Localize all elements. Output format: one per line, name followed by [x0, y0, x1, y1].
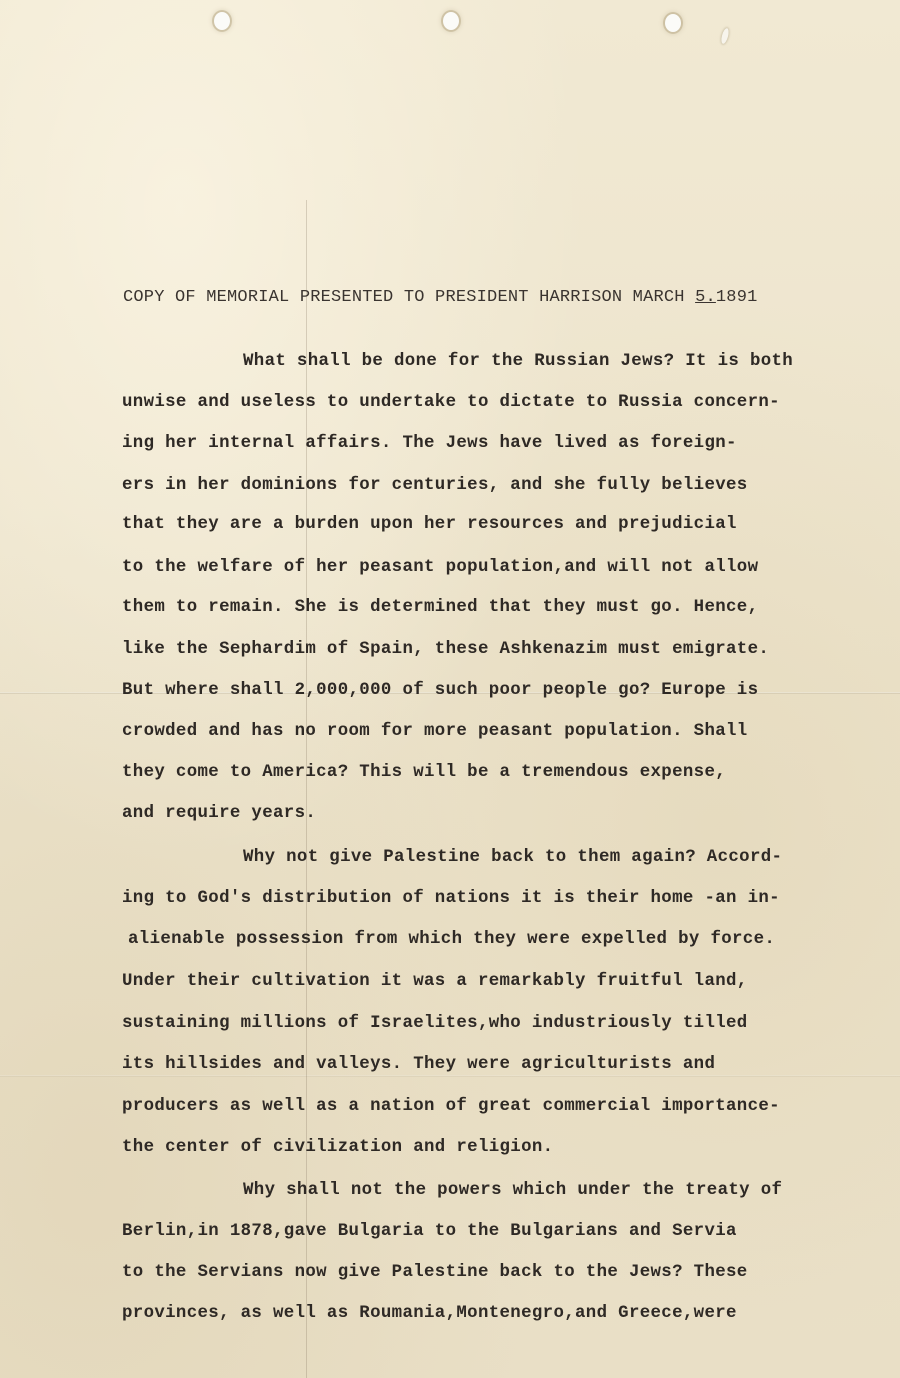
- paper-fold-line: [0, 1075, 900, 1077]
- text-line: unwise and useless to undertake to dicta…: [122, 393, 780, 412]
- text-line: the center of civilization and religion.: [122, 1138, 553, 1157]
- document-title: COPY OF MEMORIAL PRESENTED TO PRESIDENT …: [123, 288, 758, 307]
- punch-hole: [443, 12, 459, 30]
- text-line: that they are a burden upon her resource…: [122, 515, 737, 534]
- text-line: What shall be done for the Russian Jews?…: [243, 352, 793, 371]
- text-line: and require years.: [122, 804, 316, 823]
- text-line: Why shall not the powers which under the…: [243, 1181, 782, 1200]
- text-line: ing her internal affairs. The Jews have …: [122, 434, 737, 453]
- text-line: Berlin,in 1878,gave Bulgaria to the Bulg…: [122, 1222, 737, 1241]
- text-line: to the Servians now give Palestine back …: [122, 1263, 748, 1282]
- punch-hole: [665, 14, 681, 32]
- text-line: they come to America? This will be a tre…: [122, 763, 726, 782]
- text-line: crowded and has no room for more peasant…: [122, 722, 748, 741]
- paper-crease: [306, 200, 307, 1378]
- text-line: producers as well as a nation of great c…: [122, 1097, 780, 1116]
- text-line: Under their cultivation it was a remarka…: [122, 972, 748, 991]
- text-line: But where shall 2,000,000 of such poor p…: [122, 681, 758, 700]
- text-line: like the Sephardim of Spain, these Ashke…: [122, 640, 769, 659]
- title-text: COPY OF MEMORIAL PRESENTED TO PRESIDENT …: [123, 288, 695, 307]
- title-date-day: 5.: [695, 288, 716, 307]
- title-date-year: 1891: [716, 288, 758, 307]
- text-line: its hillsides and valleys. They were agr…: [122, 1055, 715, 1074]
- text-line: provinces, as well as Roumania,Montenegr…: [122, 1304, 737, 1323]
- text-line: ers in her dominions for centuries, and …: [122, 476, 748, 495]
- paper-tear-mark: [720, 27, 730, 44]
- text-line: Why not give Palestine back to them agai…: [243, 848, 782, 867]
- text-line: them to remain. She is determined that t…: [122, 598, 758, 617]
- text-line: sustaining millions of Israelites,who in…: [122, 1014, 748, 1033]
- document-page: COPY OF MEMORIAL PRESENTED TO PRESIDENT …: [0, 0, 900, 1378]
- text-line: ing to God's distribution of nations it …: [122, 889, 780, 908]
- text-line: alienable possession from which they wer…: [128, 930, 775, 949]
- punch-hole: [214, 12, 230, 30]
- text-line: to the welfare of her peasant population…: [122, 558, 758, 577]
